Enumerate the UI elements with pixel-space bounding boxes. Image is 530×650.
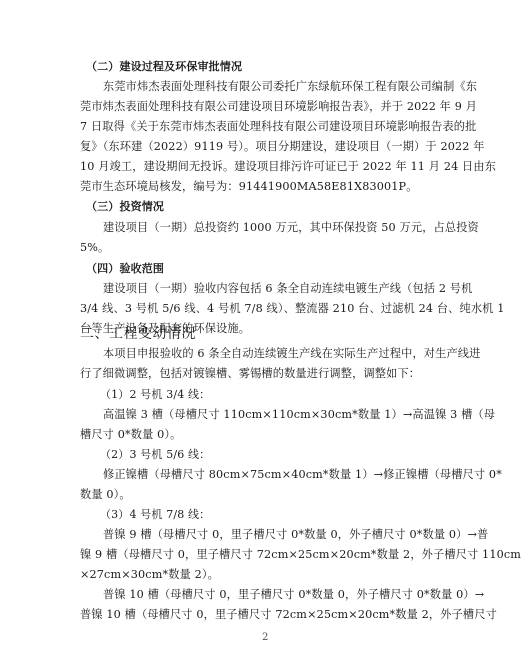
change-item-label: （1）2 号机 3/4 线： <box>100 387 210 402</box>
change-item-label: （2）3 号机 5/6 线： <box>100 447 210 462</box>
page-number: 2 <box>262 632 268 643</box>
paragraph-line: 行了细微调整，包括对镀镍槽、雾锡槽的数量进行调整，调整如下： <box>80 366 458 381</box>
paragraph-line: 3/4 线、3 号机 5/6 线、4 号机 7/8 线）、整流器 210 台、过… <box>80 301 458 316</box>
paragraph-line: 普镍 10 槽（母槽尺寸 0，里子槽尺寸 72cm×25cm×20cm*数量 2… <box>80 607 458 622</box>
paragraph-line: ×27cm×30cm*数量 2）。 <box>80 567 458 582</box>
paragraph-line: 莞市炜杰表面处理科技有限公司建设项目环境影响报告表》，并于 2022 年 9 月 <box>80 99 458 114</box>
paragraph-line: 复》（东环建（2022）9119 号）。项目分期建设，建设项目（一期）于 202… <box>80 139 458 154</box>
paragraph-line: 普镍 9 槽（母槽尺寸 0，里子槽尺寸 0*数量 0，外子槽尺寸 0*数量 0）… <box>103 527 458 542</box>
document-page: （二）建设过程及环保审批情况 东莞市炜杰表面处理科技有限公司委托广东绿航环保工程… <box>0 0 530 650</box>
section-heading-acceptance-scope: （四）验收范围 <box>86 261 164 276</box>
paragraph-line: 普镍 10 槽（母槽尺寸 0，里子槽尺寸 0*数量 0，外子槽尺寸 0*数量 0… <box>103 587 458 602</box>
paragraph-line: 槽尺寸 0*数量 0）。 <box>80 427 458 442</box>
paragraph-line: 10 月竣工，建设期间无投诉。建设项目排污许可证已于 2022 年 11 月 2… <box>80 159 458 174</box>
paragraph-line: 镍 9 槽（母槽尺寸 0，里子槽尺寸 72cm×25cm×20cm*数量 2，外… <box>80 547 458 562</box>
paragraph-line: 本项目申报验收的 6 条全自动连续镀生产线在实际生产过程中，对生产线进 <box>103 346 458 361</box>
paragraph-line: 建设项目（一期）验收内容包括 6 条全自动连续电镀生产线（包括 2 号机 <box>103 281 458 296</box>
paragraph-line: 修正镍槽（母槽尺寸 80cm×75cm×40cm*数量 1）→修正镍槽（母槽尺寸… <box>103 467 458 482</box>
section-heading-investment: （三）投资情况 <box>86 199 164 214</box>
section-heading-construction-approval: （二）建设过程及环保审批情况 <box>86 59 242 74</box>
paragraph-line: 数量 0）。 <box>80 487 458 502</box>
paragraph-line: 5%。 <box>80 240 458 255</box>
paragraph-line: 高温镍 3 槽（母槽尺寸 110cm×110cm×30cm*数量 1）→高温镍 … <box>103 407 458 422</box>
change-item-label: （3）4 号机 7/8 线： <box>100 507 210 522</box>
paragraph-line: 东莞市炜杰表面处理科技有限公司委托广东绿航环保工程有限公司编制《东 <box>103 79 458 94</box>
chapter-heading-project-changes: 二、工程变动情况 <box>80 323 196 343</box>
paragraph-line: 7 日取得《关于东莞市炜杰表面处理科技有限公司建设项目环境影响报告表的批 <box>80 119 458 134</box>
paragraph-line: 建设项目（一期）总投资约 1000 万元，其中环保投资 50 万元，占总投资 <box>103 220 458 235</box>
paragraph-line: 莞市生态环境局核发，编号为：91441900MA58E81X83001P。 <box>80 179 458 194</box>
